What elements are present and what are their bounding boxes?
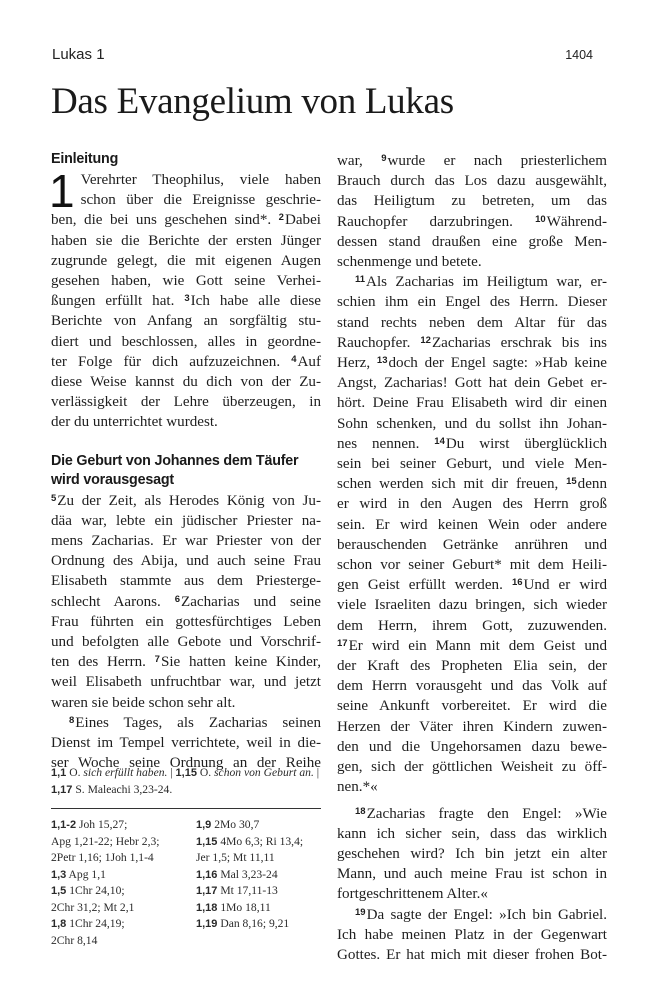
text-line: Ordnung des Abija, und auch seine Frau [51,551,321,571]
text-line: ter Folge für dich aufzuzeichnen. 4Auf [51,352,321,372]
text-line: geschehen wird? Ich bin jetzt ein alter [337,844,607,864]
text-line: gen, sich der göttlichen Weisheit zu öff… [337,757,607,777]
xref-line: 1,3 Apg 1,1 [51,867,196,884]
text-line: Frau führten ein gottesfürchtiges Leben [51,612,321,632]
text-line: 11Als Zacharias im Heiligtum war, er- [337,272,607,292]
text-line: Ich habe meinen Platz in der Gegenwart [337,925,607,945]
text-line: haben sie die Berichte der ersten Jünger [51,231,321,251]
text-line: Herz, 13doch der Engel sagte: »Hab keine [337,353,607,373]
text-line: 8Eines Tages, als Zacharias seinen [51,713,321,733]
text-line: der du unterrichtet wurdest. [51,412,321,432]
text-line: Elisabeth stammte aus dem Priesterge- [51,571,321,591]
left-column: Einleitung 1 Verehrter Theophilus, viele… [51,150,321,773]
verse-number: 17 [337,638,348,649]
verse-number: 4 [291,354,296,365]
verse-number: 14 [434,436,445,447]
text-line: der Kraft des Propheten Elia sein, der [337,656,607,676]
right-column: war, 9wurde er nach priesterlichem Brauc… [337,151,607,965]
text-line: schlecht Aarons. 6Zacharias und seine [51,592,321,612]
xref-line: 2Chr 31,2; Mt 2,1 [51,900,196,917]
footnotes: 1,1 O. sich erfüllt haben. | 1,15 O. sch… [51,765,321,798]
text-line: schon über die Ereignisse geschrie- [51,190,321,210]
verse-number: 18 [355,806,366,817]
verse-number: 9 [381,153,386,164]
text-line: zugrunde gelegt, die mit eigenen Augen [51,251,321,271]
verse-number: 15 [566,476,577,487]
text-line: 17Er wird ein Mann mit dem Geist und [337,636,607,656]
cross-references-left: 1,1-2 Joh 15,27; Apg 1,21-22; Hebr 2,3; … [51,817,196,949]
paragraph-intro: 1 Verehrter Theophilus, viele haben scho… [51,170,321,433]
verse-number: 5 [51,493,56,504]
xref-line: 1,18 1Mo 18,11 [196,900,331,917]
verse-number: 8 [69,715,74,726]
verse-number: 12 [420,335,431,346]
text-line: dessen stand draußen eine große Men- [337,232,607,252]
text-line: gesehen haben, wie Gott seine Verhei- [51,271,321,291]
text-line: das Heiligtum zu betreten, um das [337,191,607,211]
text-line: nes nennen. 14Du wirst überglücklich [337,434,607,454]
xref-line: 2Petr 1,16; 1Joh 1,1-4 [51,850,196,867]
paragraph-verse-18: 18Zacharias fragte den Engel: »Wie kann … [337,804,607,905]
text-line: viele Israeliten dazu bringen, sich wied… [337,595,607,615]
verse-number: 16 [512,577,523,588]
text-line: verlässigkeit der Lehre überzeugen, in [51,392,321,412]
text-line: Dienst im Tempel verrichtete, weil in di… [51,733,321,753]
text-line: schon vor seiner Geburt* mit dem Heili- [337,555,607,575]
verse-number: 6 [175,594,180,605]
text-line: war, 9wurde er nach priesterlichem [337,151,607,171]
xref-line: 1,8 1Chr 24,19; [51,916,196,933]
text-line: stand rechts neben dem Altar für das [337,313,607,333]
xref-line: Apg 1,21-22; Hebr 2,3; [51,834,196,851]
paragraph-verses-11-17: 11Als Zacharias im Heiligtum war, er- sc… [337,272,607,797]
text-line: dem Herrn vorausgeht und das Volk auf [337,676,607,696]
text-line: dem Herrn, ihrem Gott, zuzuwenden. [337,616,607,636]
text-line: sein bei seiner Geburt, und viele Men- [337,454,607,474]
text-line: den und die Ungehorsamen dazu bewe- [337,737,607,757]
text-line: Sohn schenken, und du sollst ihn Johan- [337,414,607,434]
text-line: waren sie beide schon sehr alt. [51,693,321,713]
text-line: er wird in den Augen des Herrn groß [337,494,607,514]
text-line: nen.*« [337,777,607,797]
text-line: 19Da sagte der Engel: »Ich bin Gabriel. [337,905,607,925]
text-line: und befolgten alle Gebote und Vorschrif- [51,632,321,652]
paragraph-verse-19: 19Da sagte der Engel: »Ich bin Gabriel. … [337,905,607,966]
section-heading-birth-announcement: Die Geburt von Johannes dem Täufer wird … [51,452,321,490]
paragraph-verses-5-7: 5Zu der Zeit, als Herodes König von Ju- … [51,491,321,713]
verse-number: 11 [355,274,365,285]
text-line: diese Weise kannst du dich von der Zu- [51,372,321,392]
text-line: seine Ankunft vorbereitet. Er wird die [337,696,607,716]
text-line: Mann, und auch meine Frau ist schon in [337,864,607,884]
text-line: 18Zacharias fragte den Engel: »Wie [337,804,607,824]
text-line: ben, die bei uns geschehen sind*. 2Dabei [51,210,321,230]
running-head: Lukas 1 [52,46,105,63]
verse-number: 2 [279,212,284,223]
chapter-number: 1 [49,172,75,210]
xref-line: 1,17 Mt 17,11-13 [196,883,331,900]
verse-number: 10 [535,214,546,225]
text-line: fortgeschrittenem Alter.« [337,884,607,904]
text-line: mens Zacharias. Er war Priester von der [51,531,321,551]
xref-line: 1,9 2Mo 30,7 [196,817,331,834]
xref-line: 1,19 Dan 8,16; 9,21 [196,916,331,933]
xref-line: 1,15 4Mo 6,3; Ri 13,4; [196,834,331,851]
text-line: berauschenden Getränke anrühren und [337,535,607,555]
text-line: ßungen erfüllt hat. 3Ich habe alle diese [51,291,321,311]
xref-line: 1,5 1Chr 24,10; [51,883,196,900]
text-line: schenmenge und betete. [337,252,607,272]
text-line: Gottes. Er hat mich mit dieser frohen Bo… [337,945,607,965]
text-line: schen werden sich mit dir freuen, 15denn [337,474,607,494]
text-line: 5Zu der Zeit, als Herodes König von Ju- [51,491,321,511]
footnote-ref: 1,17 [51,784,72,796]
text-line: kann ich sicher sein, dass das wirklich [337,824,607,844]
text-line: sein. Er wird keinen Wein oder andere [337,515,607,535]
verse-number: 19 [355,907,366,918]
page-number: 1404 [565,48,593,62]
verse-number: 13 [377,355,388,366]
footnote-ref: 1,15 [176,767,197,779]
xref-line: Jer 1,5; Mt 11,11 [196,850,331,867]
text-line: Rauchopfer darzubringen. 10Während- [337,212,607,232]
xref-line: 1,16 Mal 3,23-24 [196,867,331,884]
xref-line: 2Chr 8,14 [51,933,196,950]
text-line: däa war, lebte ein jüdischer Priester na… [51,511,321,531]
text-line: Herzen der Väter ihren Kindern zuwen- [337,717,607,737]
verse-number: 3 [184,293,189,304]
cross-references: 1,1-2 Joh 15,27; Apg 1,21-22; Hebr 2,3; … [51,817,331,949]
text-line: Rauchopfer. 12Zacharias erschrak bis ins [337,333,607,353]
footnote-divider [51,808,321,809]
text-line: weil Elisabeth unfruchtbar war, und jetz… [51,672,321,692]
text-line: Brauch durch das Los dazu ausgewählt, [337,171,607,191]
cross-references-right: 1,9 2Mo 30,7 1,15 4Mo 6,3; Ri 13,4; Jer … [196,817,331,949]
section-heading-introduction: Einleitung [51,150,321,169]
text-line: Verehrter Theophilus, viele haben [51,170,321,190]
text-line: Angst, Zacharias! Gott hat dein Gebet er… [337,373,607,393]
footnote-ref: 1,1 [51,767,66,779]
text-line: schien ihm ein Engel des Herrn. Dieser [337,292,607,312]
text-line: Berichte von Anfang an sorgfältig stu- [51,311,321,331]
text-line: gen Geist erfüllt werden. 16Und er wird [337,575,607,595]
paragraph-verses-9-10: war, 9wurde er nach priesterlichem Brauc… [337,151,607,272]
text-line: diert und beschlossen, alles in geordne- [51,332,321,352]
book-title: Das Evangelium von Lukas [51,80,454,123]
xref-line: 1,1-2 Joh 15,27; [51,817,196,834]
verse-number: 7 [155,654,160,665]
text-line: hört. Deine Frau Elisabeth wird dir eine… [337,393,607,413]
text-line: ten des Herrn. 7Sie hatten keine Kinder, [51,652,321,672]
